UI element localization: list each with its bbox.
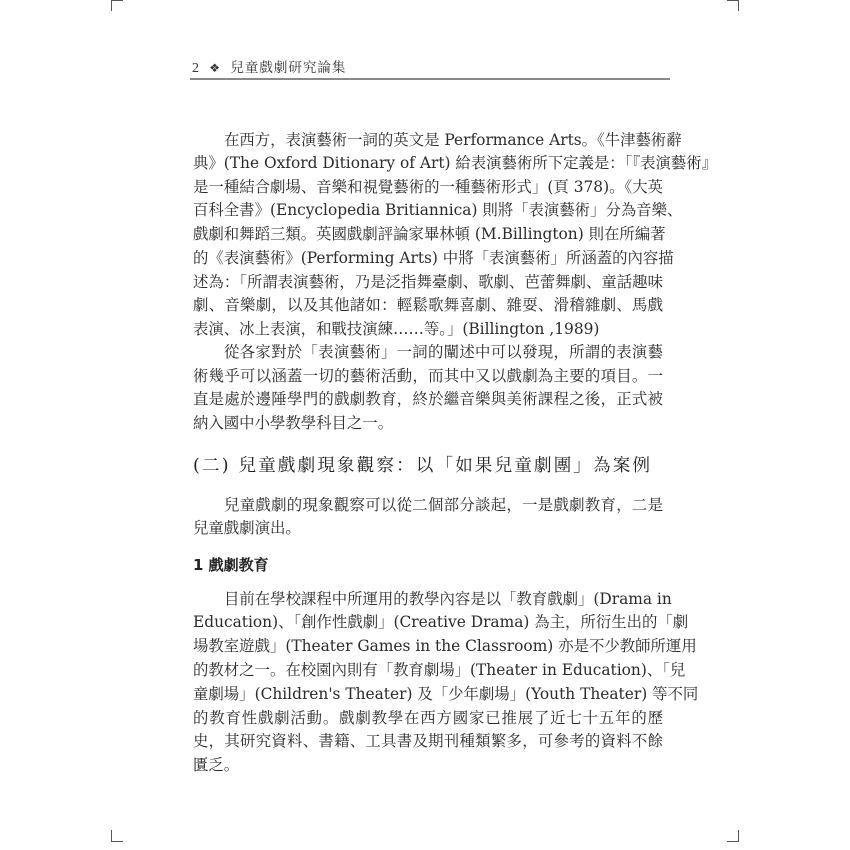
page-number: 2 bbox=[192, 61, 200, 76]
crop-mark-bottom-left-h bbox=[111, 841, 123, 842]
paragraph-line: 的教育性戲劇活動。戲劇教學在西方國家已推展了近七十五年的歷 bbox=[193, 707, 663, 729]
paragraph-line: 從各家對於「表演藝術」一詞的闡述中可以發現，所謂的表演藝 bbox=[193, 341, 663, 363]
crop-mark-top-right bbox=[738, 0, 739, 11]
paragraph-line: 兒童戲劇演出。 bbox=[193, 517, 663, 539]
paragraph-line: 述為：「所謂表演藝術，乃是泛指舞臺劇、歌劇、芭蕾舞劇、童話趣味 bbox=[193, 271, 663, 293]
paragraph-line: 童劇場」(Children's Theater) 及「少年劇場」(Youth T… bbox=[193, 683, 663, 705]
paragraph-line: 場教室遊戲」(Theater Games in the Classroom) 亦… bbox=[193, 635, 663, 657]
paragraph-line: 術幾乎可以涵蓋一切的藝術活動，而其中又以戲劇為主要的項目。一 bbox=[193, 365, 663, 387]
book-title: 兒童戲劇研究論集 bbox=[230, 60, 346, 76]
paragraph-line: 戲劇和舞蹈三類。英國戲劇評論家畢林頓 (M.Billington) 則在所編著 bbox=[193, 223, 663, 245]
crop-mark-top-right-h bbox=[727, 0, 739, 1]
paragraph-line: 在西方，表演藝術一詞的英文是 Performance Arts。《牛津藝術辭 bbox=[193, 129, 663, 151]
running-header: 2 ❖ 兒童戲劇研究論集 bbox=[192, 56, 672, 78]
crop-mark-top-left bbox=[111, 0, 112, 11]
paragraph-line: 史，其研究資料、書籍、工具書及期刊種類繁多，可參考的資料不餘 bbox=[193, 730, 663, 752]
paragraph-line: 典》(The Oxford Ditionary of Art) 給表演藝術所下定… bbox=[193, 152, 663, 174]
paragraph-line: Education)、「創作性戲劇」(Creative Drama) 為主，所衍… bbox=[193, 611, 663, 633]
crop-mark-top-left-h bbox=[111, 0, 123, 1]
paragraph-line: 百科全書》(Encyclopedia Britiannica) 則將「表演藝術」… bbox=[193, 199, 663, 221]
paragraph-line: 是一種結合劇場、音樂和視覺藝術的一種藝術形式」(頁 378)。《大英 bbox=[193, 176, 663, 198]
ornament-icon: ❖ bbox=[209, 61, 221, 75]
paragraph-line: 劇、音樂劇，以及其他諸如：輕鬆歌舞喜劇、雜耍、滑稽雜劇、馬戲 bbox=[193, 294, 663, 316]
paragraph-line: 的教材之一。在校園內則有「教育劇場」(Theater in Education)… bbox=[193, 659, 663, 681]
paragraph-line: 兒童戲劇的現象觀察可以從二個部分談起，一是戲劇教育，二是 bbox=[193, 494, 663, 516]
section-heading: (二) 兒童戲劇現象觀察：以「如果兒童劇團」為案例 bbox=[193, 453, 663, 479]
paragraph-line: 匱乏。 bbox=[193, 754, 663, 776]
header-rule bbox=[190, 78, 670, 80]
paragraph-line: 直是處於邊陲學門的戲劇教育，終於繼音樂與美術課程之後，正式被 bbox=[193, 388, 663, 410]
paragraph-line: 納入國中小學教學科目之一。 bbox=[193, 412, 663, 434]
paragraph-line: 的《表演藝術》(Performing Arts) 中將「表演藝術」所涵蓋的內容描 bbox=[193, 247, 663, 269]
subsection-heading: 1 戲劇教育 bbox=[193, 553, 269, 577]
paragraph-line: 目前在學校課程中所運用的教學內容是以「教育戲劇」(Drama in bbox=[193, 588, 663, 610]
paragraph-line: 表演、冰上表演，和戰技演練……等。」(Billington ,1989) bbox=[193, 318, 663, 340]
crop-mark-bottom-right-h bbox=[727, 841, 739, 842]
